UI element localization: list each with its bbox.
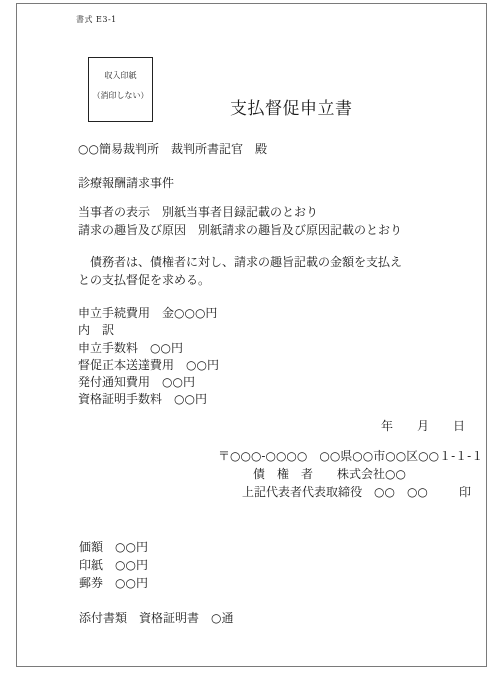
- form-code-label: 書式 E3-1: [76, 14, 117, 25]
- demand-paragraph-line-1: 債務者は、債権者に対し、請求の趣旨記載の金額を支払え: [78, 254, 402, 271]
- party-indication-line: 当事者の表示 別紙当事者目録記載のとおり: [78, 204, 318, 221]
- demand-paragraph-line-2: との支払督促を求める。: [78, 272, 210, 289]
- procedure-cost-total-line: 申立手続費用 金○○○円: [78, 305, 217, 322]
- creditor-name-line: 債 権 者 株式会社○○: [253, 466, 406, 483]
- document-canvas: 書式 E3-1 収入印紙 （消印しない） 支払督促申立書 ○○簡易裁判所 裁判所…: [0, 0, 500, 680]
- date-line: 年 月 日: [381, 418, 465, 435]
- case-name-line: 診療報酬請求事件: [78, 175, 174, 192]
- cost-item-filing-fee: 申立手数料 ○○円: [78, 340, 183, 357]
- creditor-representative-line: 上記代表者代表取締役 ○○ ○○: [242, 484, 428, 501]
- fee-stamp-line: 印紙 ○○円: [79, 557, 148, 574]
- claim-purpose-line: 請求の趣旨及び原因 別紙請求の趣旨及び原因記載のとおり: [78, 222, 402, 239]
- revenue-stamp-label: 収入印紙: [89, 70, 152, 81]
- fee-value-line: 価額 ○○円: [79, 539, 148, 556]
- revenue-stamp-box: 収入印紙 （消印しない）: [88, 57, 153, 122]
- cost-item-service-fee: 督促正本送達費用 ○○円: [78, 357, 219, 374]
- creditor-address-line: 〒○○○-○○○○ ○○県○○市○○区○○１-１-１: [218, 448, 483, 465]
- revenue-stamp-note: （消印しない）: [89, 90, 152, 101]
- court-addressee-line: ○○簡易裁判所 裁判所書記官 殿: [78, 141, 267, 158]
- attachments-line: 添付書類 資格証明書 ○通: [79, 610, 233, 627]
- cost-item-certificate-fee: 資格証明手数料 ○○円: [78, 391, 207, 408]
- document-page: 書式 E3-1 収入印紙 （消印しない） 支払督促申立書 ○○簡易裁判所 裁判所…: [16, 3, 487, 667]
- document-title: 支払督促申立書: [230, 94, 353, 119]
- cost-breakdown-label: 内 訳: [78, 322, 114, 339]
- cost-item-notice-fee: 発付通知費用 ○○円: [78, 374, 195, 391]
- fee-postage-line: 郵券 ○○円: [79, 575, 148, 592]
- seal-placeholder: 印: [459, 484, 471, 501]
